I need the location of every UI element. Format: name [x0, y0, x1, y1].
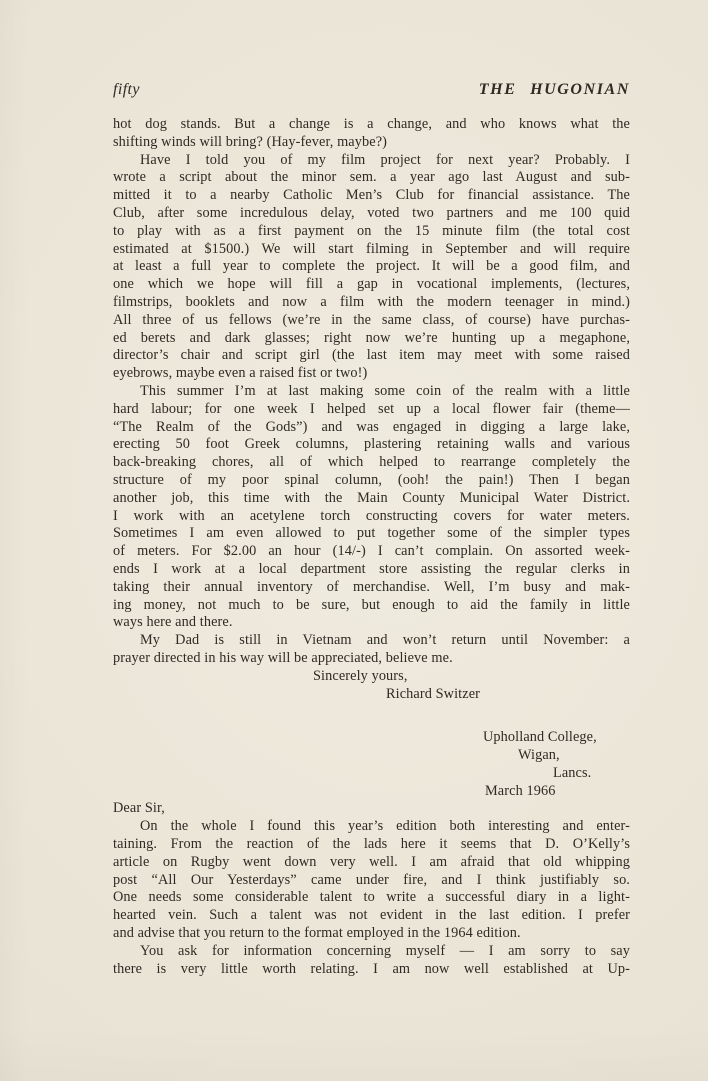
body-line: and advise that you return to the format…: [113, 925, 630, 943]
body-line: at least a full year to complete the pro…: [113, 258, 630, 276]
body-line: eyebrows, maybe even a raised fist or tw…: [113, 365, 630, 383]
spacer: [113, 703, 630, 729]
body-line: ends I work at a local department store …: [113, 561, 630, 579]
body-line: article on Rugby went down very well. I …: [113, 854, 630, 872]
body-line: On the whole I found this year’s edition…: [113, 818, 630, 836]
letter-body: hot dog stands. But a change is a change…: [113, 116, 630, 978]
body-line: Club, after some incredulous delay, vote…: [113, 205, 630, 223]
paragraph-summer-work: This summer I’m at last making some coin…: [113, 383, 630, 632]
body-line: prayer directed in his way will be appre…: [113, 650, 630, 668]
body-line: ing money, not much to be sure, but enou…: [113, 597, 630, 615]
body-line: One needs some considerable talent to wr…: [113, 889, 630, 907]
body-line: ways here and there.: [113, 614, 630, 632]
body-line: taking their annual inventory of merchan…: [113, 579, 630, 597]
body-line: hearted vein. Such a talent was not evid…: [113, 907, 630, 925]
body-line: taining. From the reaction of the lads h…: [113, 836, 630, 854]
body-line: estimated at $1500.) We will start filmi…: [113, 241, 630, 259]
body-line: mitted it to a nearby Catholic Men’s Clu…: [113, 187, 630, 205]
body-line: of meters. For $2.00 an hour (14/-) I ca…: [113, 543, 630, 561]
signature: Richard Switzer: [113, 686, 630, 704]
paragraph-edition-review: On the whole I found this year’s edition…: [113, 818, 630, 943]
page-number-label: fifty: [113, 81, 140, 99]
body-line: hard labour; for one week I helped set u…: [113, 401, 630, 419]
salutation: Dear Sir,: [113, 800, 630, 818]
paragraph-about-myself: You ask for information concerning mysel…: [113, 943, 630, 979]
paragraph-hotdog: hot dog stands. But a change is a change…: [113, 116, 630, 152]
journal-title: THE HUGONIAN: [479, 81, 630, 99]
body-line: another job, this time with the Main Cou…: [113, 490, 630, 508]
address-line-college: Upholland College,: [113, 729, 630, 747]
body-line: I work with an acetylene torch construct…: [113, 508, 630, 526]
body-line: post “All Our Yesterdays” came under fir…: [113, 872, 630, 890]
address-line-town: Wigan,: [113, 747, 630, 765]
body-line: there is very little worth relating. I a…: [113, 961, 630, 979]
body-line: one which we hope will fill a gap in voc…: [113, 276, 630, 294]
body-line: to play with as a first payment on the 1…: [113, 223, 630, 241]
signoff: Sincerely yours,: [113, 668, 630, 686]
body-line: All three of us fellows (we’re in the sa…: [113, 312, 630, 330]
paragraph-dad-vietnam: My Dad is still in Vietnam and won’t ret…: [113, 632, 630, 668]
body-line: You ask for information concerning mysel…: [113, 943, 630, 961]
body-line: My Dad is still in Vietnam and won’t ret…: [113, 632, 630, 650]
body-line: “The Realm of the Gods”) and was engaged…: [113, 419, 630, 437]
body-line: This summer I’m at last making some coin…: [113, 383, 630, 401]
body-line: back-breaking chores, all of which helpe…: [113, 454, 630, 472]
address-line-county: Lancs.: [113, 765, 630, 783]
body-line: shifting winds will bring? (Hay-fever, m…: [113, 134, 630, 152]
paragraph-film-project: Have I told you of my film project for n…: [113, 152, 630, 383]
body-line: director’s chair and script girl (the la…: [113, 347, 630, 365]
running-head: fifty THE HUGONIAN: [113, 81, 630, 99]
body-line: Sometimes I am even allowed to put toget…: [113, 525, 630, 543]
body-line: wrote a script about the minor sem. a ye…: [113, 169, 630, 187]
date-line: March 1966: [113, 783, 630, 801]
body-line: Have I told you of my film project for n…: [113, 152, 630, 170]
body-line: filmstrips, booklets and now a film with…: [113, 294, 630, 312]
body-line: ed berets and dark glasses; right now we…: [113, 330, 630, 348]
scanned-page: fifty THE HUGONIAN hot dog stands. But a…: [0, 0, 708, 1081]
body-line: erecting 50 foot Greek columns, plasteri…: [113, 436, 630, 454]
body-line: hot dog stands. But a change is a change…: [113, 116, 630, 134]
body-line: structure of my poor spinal column, (ooh…: [113, 472, 630, 490]
